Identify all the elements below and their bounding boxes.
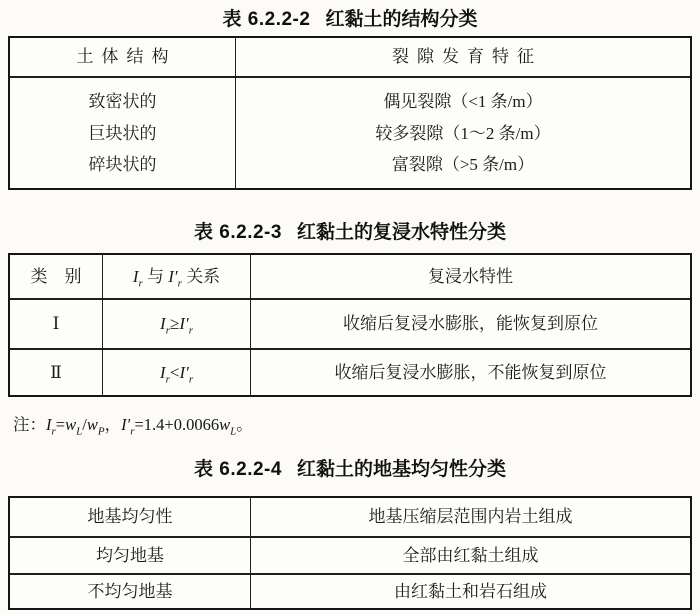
note-prefix: 注：	[13, 415, 46, 434]
composition-value: 全部由红黏土组成	[250, 536, 690, 574]
header-foundation-uniformity: 地基均匀性	[10, 498, 250, 536]
column-header-rewetting-behavior: 复浸水特性	[250, 255, 690, 298]
structure-type-column: 致密状的 巨块状的 碎块状的	[10, 76, 235, 188]
column-header-soil-structure: 土体结构	[10, 38, 235, 76]
fissure-feature: 富裂隙（>5 条/m）	[392, 156, 534, 173]
table2-footnote: 注：Ir=wL/wP，I′r=1.4+0.0066wL。	[13, 411, 700, 435]
uniformity-type: 均匀地基	[10, 536, 250, 574]
table3-caption: 表 6.2.2-4红黏土的地基均匀性分类	[0, 458, 700, 481]
class-value: Ⅰ	[10, 298, 102, 348]
behavior-value: 收缩后复浸水膨胀，不能恢复到原位	[250, 348, 690, 395]
relation-value: Ir≥I′r	[102, 298, 250, 348]
behavior-value: 收缩后复浸水膨胀，能恢复到原位	[250, 298, 690, 348]
fissure-feature-column: 偶见裂隙（<1 条/m） 较多裂隙（1～2 条/m） 富裂隙（>5 条/m）	[235, 76, 690, 188]
column-header-class: 类 别	[10, 255, 102, 298]
table2-title: 红黏土的复浸水特性分类	[297, 222, 506, 243]
structure-type: 巨块状的	[89, 125, 157, 142]
note-formula: Ir=wL/wP，I′r=1.4+0.0066wL。	[46, 415, 253, 434]
table1-title: 红黏土的结构分类	[325, 9, 477, 30]
structure-classification-table: 土体结构 裂隙发育特征 致密状的 巨块状的 碎块状的 偶见裂隙（<1 条/m） …	[8, 36, 692, 190]
fissure-feature: 较多裂隙（1～2 条/m）	[375, 125, 550, 142]
column-header-relation: Ir 与 I′r 关系	[102, 255, 250, 298]
rewetting-classification-table: 类 别 Ir 与 I′r 关系 复浸水特性 Ⅰ Ir≥I′r 收缩后复浸水膨胀，…	[8, 253, 692, 397]
structure-type: 致密状的	[89, 93, 157, 110]
fissure-feature: 偶见裂隙（<1 条/m）	[383, 93, 542, 110]
composition-value: 由红黏土和岩石组成	[250, 573, 690, 608]
uniformity-type: 不均匀地基	[10, 573, 250, 608]
class-value: Ⅱ	[10, 348, 102, 395]
foundation-uniformity-table: 地基均匀性 地基压缩层范围内岩土组成 均匀地基 全部由红黏土组成 不均匀地基 由…	[8, 496, 692, 610]
relation-formula: Ir≥I′r	[160, 313, 193, 334]
header-composition: 地基压缩层范围内岩土组成	[250, 498, 690, 536]
column-header-fissure-feature: 裂隙发育特征	[235, 38, 690, 76]
table3-title: 红黏土的地基均匀性分类	[297, 459, 506, 480]
document-page: 表 6.2.2-2红黏土的结构分类 土体结构 裂隙发育特征 致密状的 巨块状的 …	[0, 0, 700, 615]
table2-number: 表 6.2.2-3	[194, 222, 282, 243]
table1-number: 表 6.2.2-2	[223, 9, 311, 30]
table3-number: 表 6.2.2-4	[194, 459, 282, 480]
table2-caption: 表 6.2.2-3红黏土的复浸水特性分类	[0, 221, 700, 244]
relation-value: Ir<I′r	[102, 348, 250, 395]
structure-type: 碎块状的	[89, 156, 157, 173]
relation-formula: Ir<I′r	[160, 362, 193, 383]
relation-formula: Ir 与 I′r 关系	[133, 266, 220, 287]
table1-caption: 表 6.2.2-2红黏土的结构分类	[0, 0, 700, 31]
